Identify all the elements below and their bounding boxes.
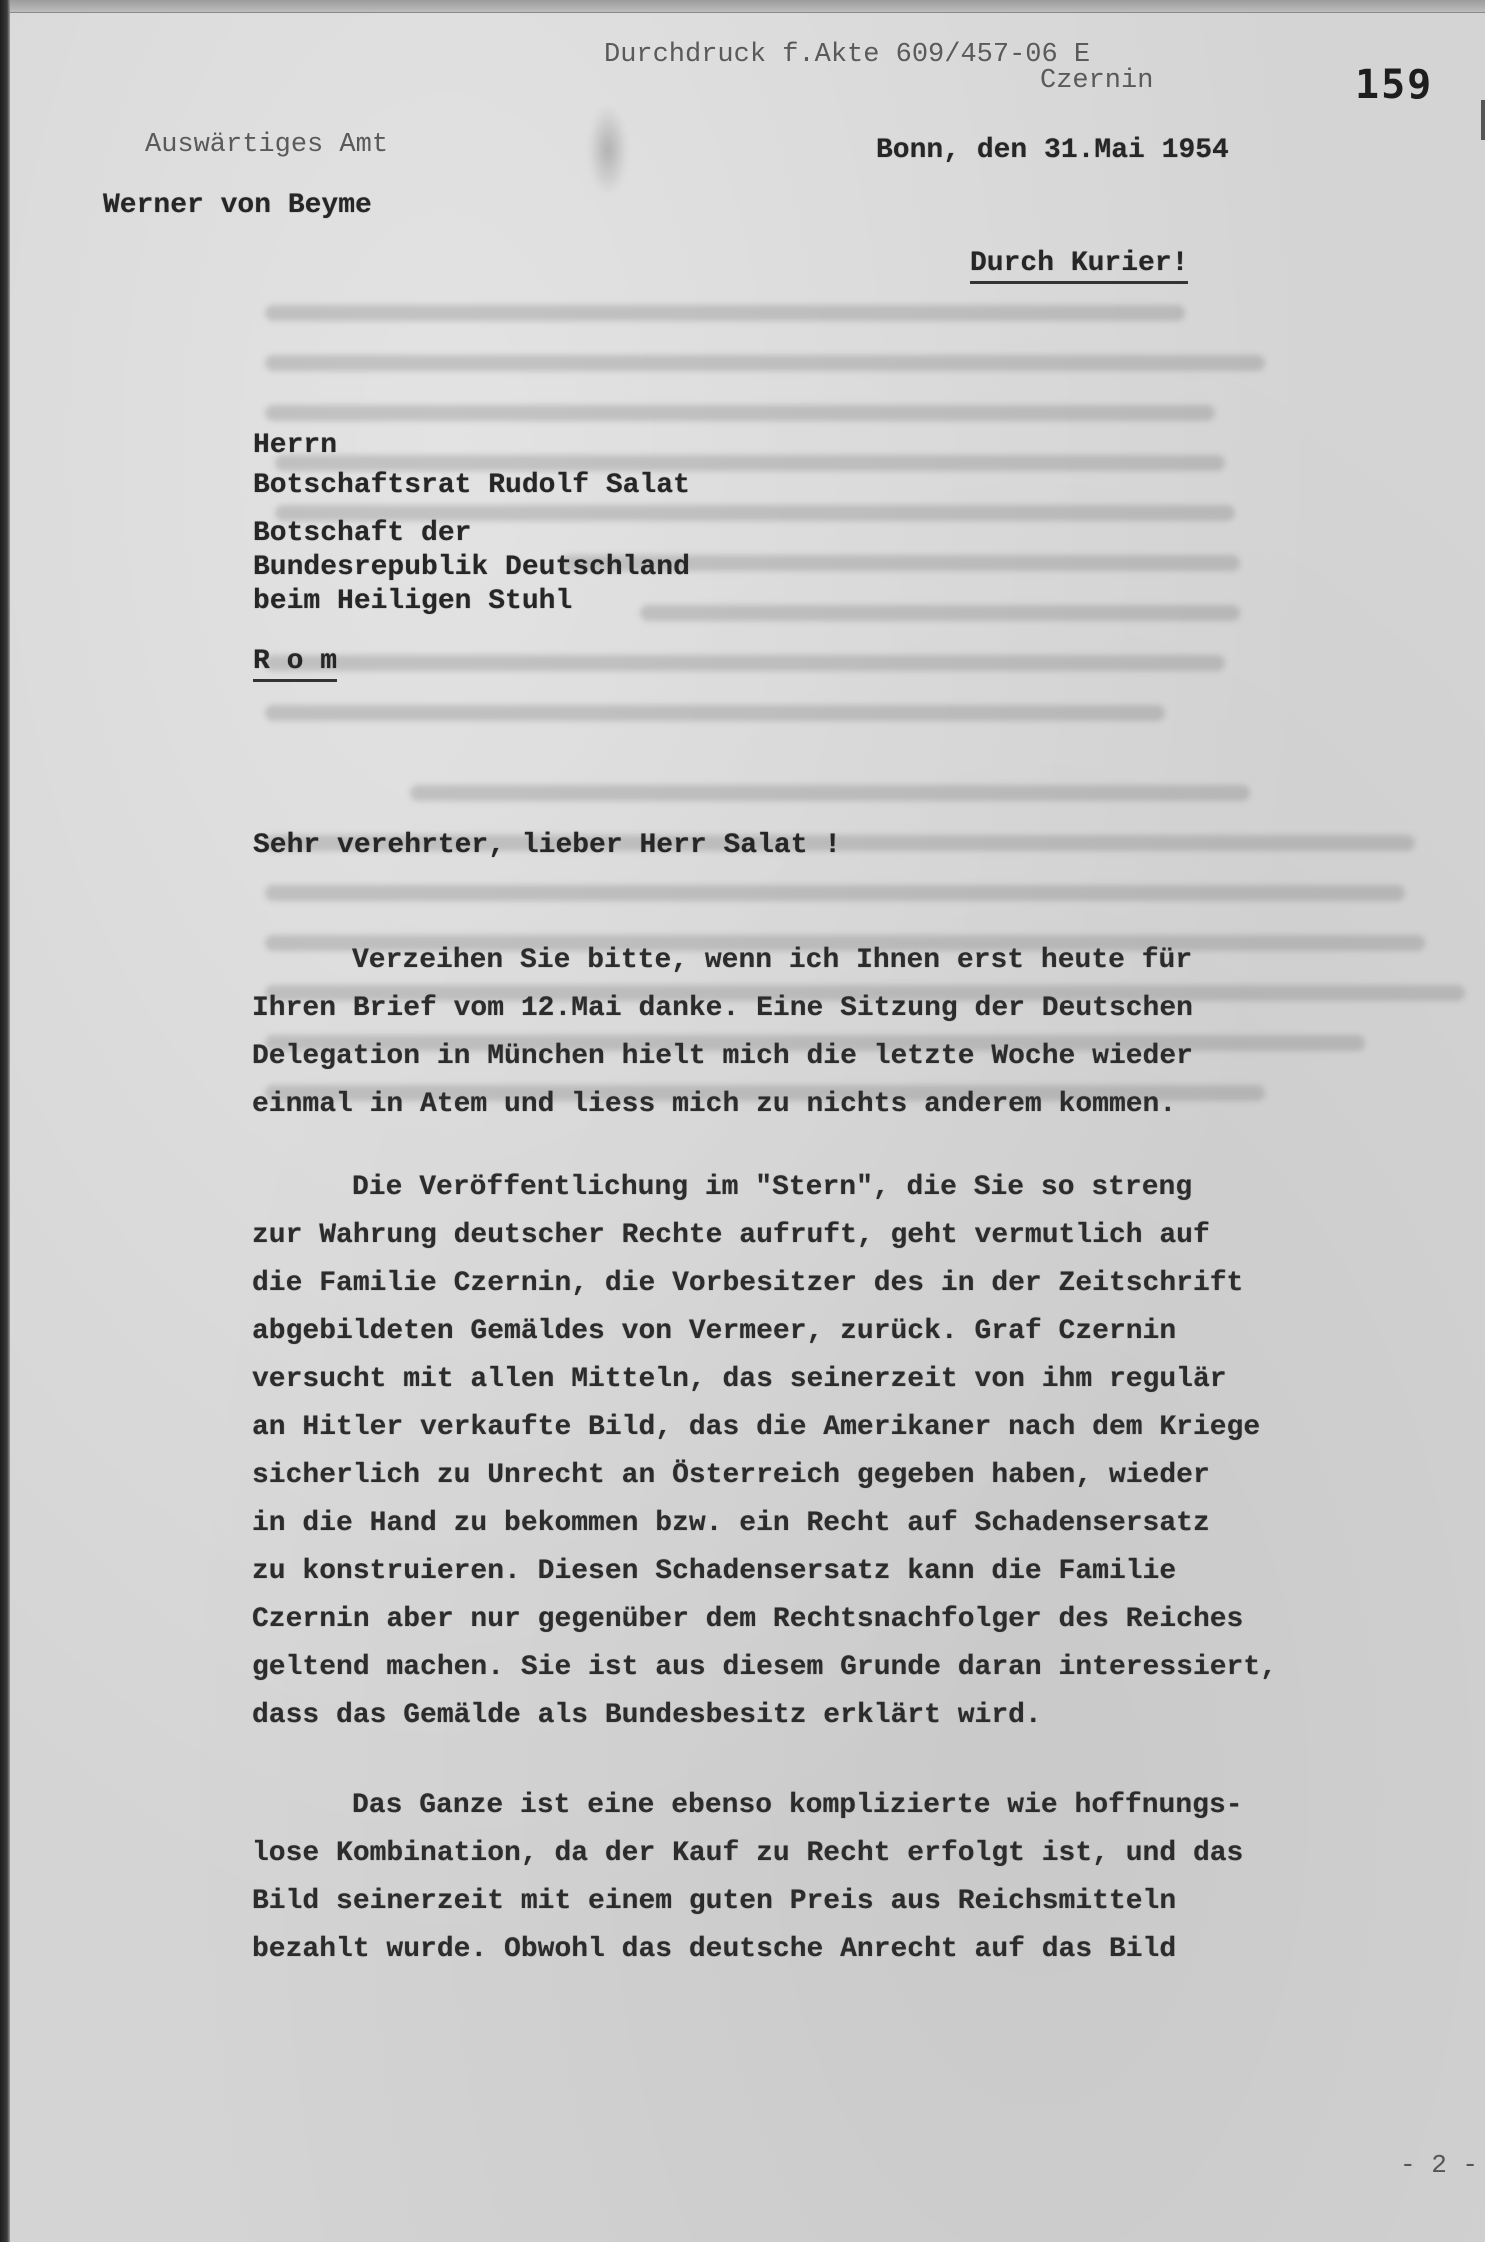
paragraph-line: Verzeihen Sie bitte, wenn ich Ihnen erst… — [352, 945, 1192, 976]
previous-page-edge — [0, 0, 1485, 13]
recipient-name: Botschaftsrat Rudolf Salat — [253, 470, 690, 501]
document-page: Durchdruck f.Akte 609/457-06 E Czernin 1… — [0, 0, 1485, 2242]
sender-institution: Auswärtiges Amt — [145, 130, 388, 160]
paragraph-line: einmal in Atem und liess mich zu nichts … — [252, 1089, 1176, 1120]
paragraph-line: zu konstruieren. Diesen Schadensersatz k… — [252, 1556, 1176, 1587]
stamp-smudge — [588, 105, 628, 195]
scan-left-edge — [0, 0, 10, 2242]
letter-greeting: Sehr verehrter, lieber Herr Salat ! — [253, 830, 841, 861]
paragraph-line: zur Wahrung deutscher Rechte aufruft, ge… — [252, 1220, 1210, 1251]
recipient-city: R o m — [253, 646, 337, 682]
paragraph-line: geltend machen. Sie ist aus diesem Grund… — [252, 1652, 1277, 1683]
paragraph-line: Czernin aber nur gegenüber dem Rechtsnac… — [252, 1604, 1243, 1635]
paragraph-line: Delegation in München hielt mich die let… — [252, 1041, 1193, 1072]
paragraph-line: Die Veröffentlichung im "Stern", die Sie… — [352, 1172, 1192, 1203]
paragraph-line: Bild seinerzeit mit einem guten Preis au… — [252, 1886, 1176, 1917]
continuation-marker: - 2 - — [1400, 2150, 1478, 2180]
archive-page-number: 159 — [1355, 62, 1433, 108]
sender-name: Werner von Beyme — [103, 190, 372, 221]
scan-right-edge — [1481, 100, 1485, 140]
paragraph-line: versucht mit allen Mitteln, das seinerze… — [252, 1364, 1227, 1395]
delivery-note: Durch Kurier! — [970, 248, 1188, 284]
paragraph-line: an Hitler verkaufte Bild, das die Amerik… — [252, 1412, 1260, 1443]
paragraph-line: lose Kombination, da der Kauf zu Recht e… — [252, 1838, 1243, 1869]
paragraph-line: sicherlich zu Unrecht an Österreich gege… — [252, 1460, 1210, 1491]
recipient-org-line: Botschaft der — [253, 518, 471, 549]
paragraph-line: dass das Gemälde als Bundesbesitz erklär… — [252, 1700, 1042, 1731]
recipient-salutation: Herrn — [253, 430, 337, 461]
recipient-org-line: beim Heiligen Stuhl — [253, 586, 572, 617]
recipient-org-line: Bundesrepublik Deutschland — [253, 552, 690, 583]
paragraph-line: Das Ganze ist eine ebenso komplizierte w… — [352, 1790, 1243, 1821]
file-subject: Czernin — [1040, 66, 1153, 96]
paragraph-line: die Familie Czernin, die Vorbesitzer des… — [252, 1268, 1243, 1299]
paragraph-line: Ihren Brief vom 12.Mai danke. Eine Sitzu… — [252, 993, 1193, 1024]
paragraph-line: bezahlt wurde. Obwohl das deutsche Anrec… — [252, 1934, 1176, 1965]
paragraph-line: in die Hand zu bekommen bzw. ein Recht a… — [252, 1508, 1210, 1539]
place-date: Bonn, den 31.Mai 1954 — [876, 135, 1229, 166]
paragraph-line: abgebildeten Gemäldes von Vermeer, zurüc… — [252, 1316, 1176, 1347]
carbon-copy-note: Durchdruck f.Akte 609/457-06 E — [604, 40, 1090, 70]
